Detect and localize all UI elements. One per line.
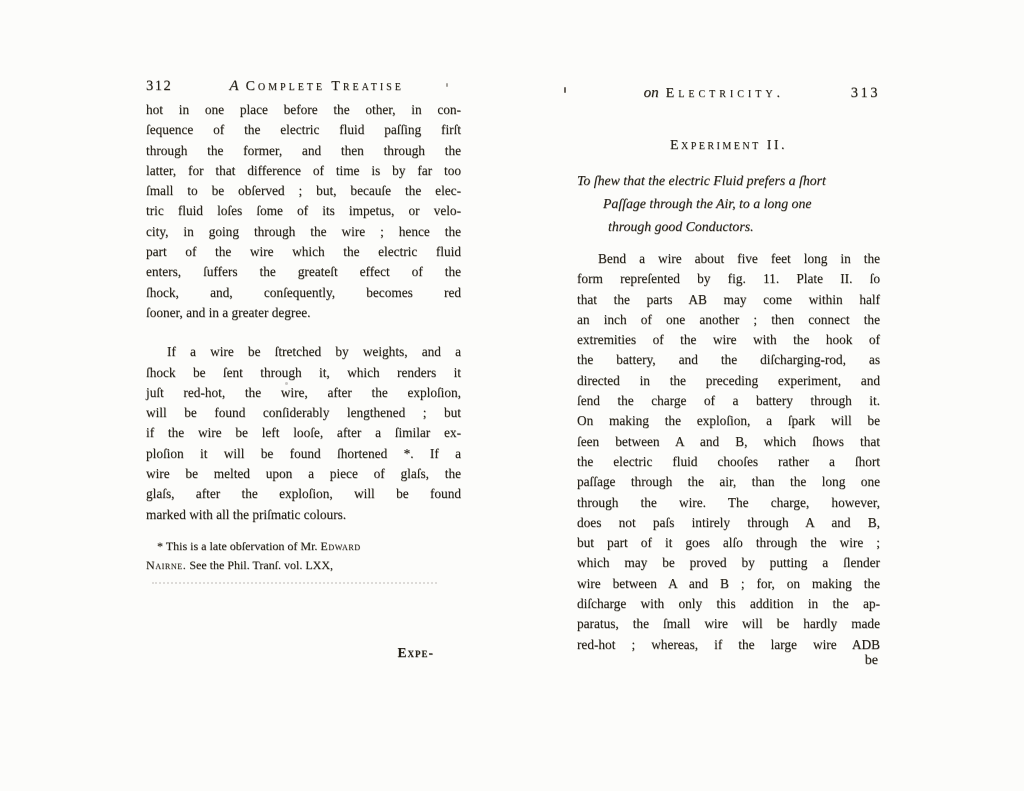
text-line: enters, ſuffers the greateſt effect of t… [146, 262, 461, 282]
running-title-left-italic: A [229, 78, 238, 94]
paragraph-2: If a wire be ſtretched by weights, and a… [146, 342, 461, 525]
footnote-line-1: * This is a late obſervation of Mr. Edwa… [146, 537, 461, 557]
text-line: the electric fluid chooſes rather a ſhor… [577, 452, 880, 472]
text-line: glaſs, after the exploſion, will be foun… [146, 484, 461, 504]
footnote-name-edward: Edward [320, 539, 360, 553]
scan-speck [564, 87, 566, 93]
text-line: hot in one place before the other, in co… [146, 100, 461, 120]
page-left-header: 312 AComplete Treatise [146, 77, 461, 98]
text-line: form repreſented by fig. 11. Plate II. ſ… [577, 269, 880, 289]
text-line: through the wire. The charge, however, [577, 493, 880, 513]
subtitle-line: through good Conductors. [577, 215, 880, 238]
text-line: through the former, and then through the [146, 141, 461, 161]
subtitle-line: To ſhew that the electric Fluid prefers … [577, 169, 880, 192]
book-scan-spread: 312 AComplete Treatise hot in one place … [0, 0, 1024, 791]
text-line: part of the wire which the electric flui… [146, 242, 461, 262]
text-line: ſmall to be obſerved ; but, becauſe the … [146, 181, 461, 201]
text-line: ſooner, and in a greater degree. [146, 303, 461, 323]
footnote-text: * This is a late obſervation of Mr. [157, 539, 320, 553]
text-line: tric fluid loſes ſome of its impetus, or… [146, 201, 461, 221]
text-line: ſequence of the electric fluid paſſing f… [146, 120, 461, 140]
scan-noise-row [152, 582, 437, 585]
page-left: 312 AComplete Treatise hot in one place … [146, 77, 461, 661]
paragraph-right: Bend a wire about five feet long in thef… [577, 249, 880, 655]
page-right-header: onElectricity. 313 [577, 84, 880, 105]
text-line: paratus, the ſmall wire will be hardly m… [577, 614, 880, 634]
running-title-right: onElectricity. [577, 84, 851, 102]
footnote-line-2: Nairne. See the Phil. Tranſ. vol. LXX, [146, 556, 461, 576]
page-right: onElectricity. 313 Experiment II. To ſhe… [577, 84, 880, 671]
text-line: will be found conſiderably lengthened ; … [146, 403, 461, 423]
text-line: ploſion it will be found ſhortened *. If… [146, 444, 461, 464]
running-title-left-text: Complete Treatise [246, 79, 404, 94]
text-line: wire be melted upon a piece of glaſs, th… [146, 464, 461, 484]
text-line: diſcharge with only this addition in the… [577, 594, 880, 614]
footnote-name-nairne: Nairne. [146, 558, 186, 572]
text-line: wire between A and B ; for, on making th… [577, 574, 880, 594]
text-line: city, in going through the wire ; hence … [146, 222, 461, 242]
text-line: the battery, and the diſcharging-rod, as [577, 350, 880, 370]
text-line: marked with all the priſmatic colours. [146, 505, 461, 525]
page-number-right: 313 [851, 85, 880, 102]
text-line: paſſage through the air, than the long o… [577, 472, 880, 492]
footnote: * This is a late obſervation of Mr. Edwa… [146, 537, 461, 576]
experiment-subtitle: To ſhew that the electric Fluid prefers … [577, 169, 880, 238]
text-line: juſt red-hot, the wire, after the exploſ… [146, 383, 461, 403]
text-line: if the wire be left looſe, after a ſimil… [146, 423, 461, 443]
subtitle-line: Paſſage through the Air, to a long one [577, 192, 880, 215]
running-title-right-italic: on [644, 85, 659, 101]
text-line: ſend the charge of a battery through it. [577, 391, 880, 411]
text-line: On making the exploſion, a ſpark will be [577, 411, 880, 431]
text-line: ſhock be ſent through it, which renders … [146, 363, 461, 383]
text-line: ſeen between A and B, which ſhows that [577, 432, 880, 452]
text-line: ſhock, and, conſequently, becomes red [146, 283, 461, 303]
catchword-left: Expe- [146, 645, 461, 661]
text-line: that the parts AB may come within half [577, 290, 880, 310]
section-heading-experiment-2: Experiment II. [577, 138, 880, 154]
running-title-right-text: Electricity. [666, 86, 784, 101]
paragraph-1: hot in one place before the other, in co… [146, 100, 461, 323]
page-number-left: 312 [146, 78, 172, 95]
text-line: which may be proved by putting a ſlender [577, 553, 880, 573]
footnote-reference: See the Phil. Tranſ. vol. LXX, [186, 558, 333, 572]
scan-speck [285, 382, 288, 385]
text-line: Bend a wire about five feet long in the [577, 249, 880, 269]
running-title-left: AComplete Treatise [172, 77, 461, 95]
text-line: extremities of the wire with the hook of [577, 330, 880, 350]
text-line: but part of it goes alſo through the wir… [577, 533, 880, 553]
text-line: does not paſs intirely through A and B, [577, 513, 880, 533]
scan-speck [446, 83, 448, 87]
text-line: directed in the preceding experiment, an… [577, 371, 880, 391]
text-line: If a wire be ſtretched by weights, and a [146, 342, 461, 362]
text-line: red-hot ; whereas, if the large wire ADB [577, 635, 880, 655]
text-line: latter, for that difference of time is b… [146, 161, 461, 181]
text-line: an inch of one another ; then connect th… [577, 310, 880, 330]
